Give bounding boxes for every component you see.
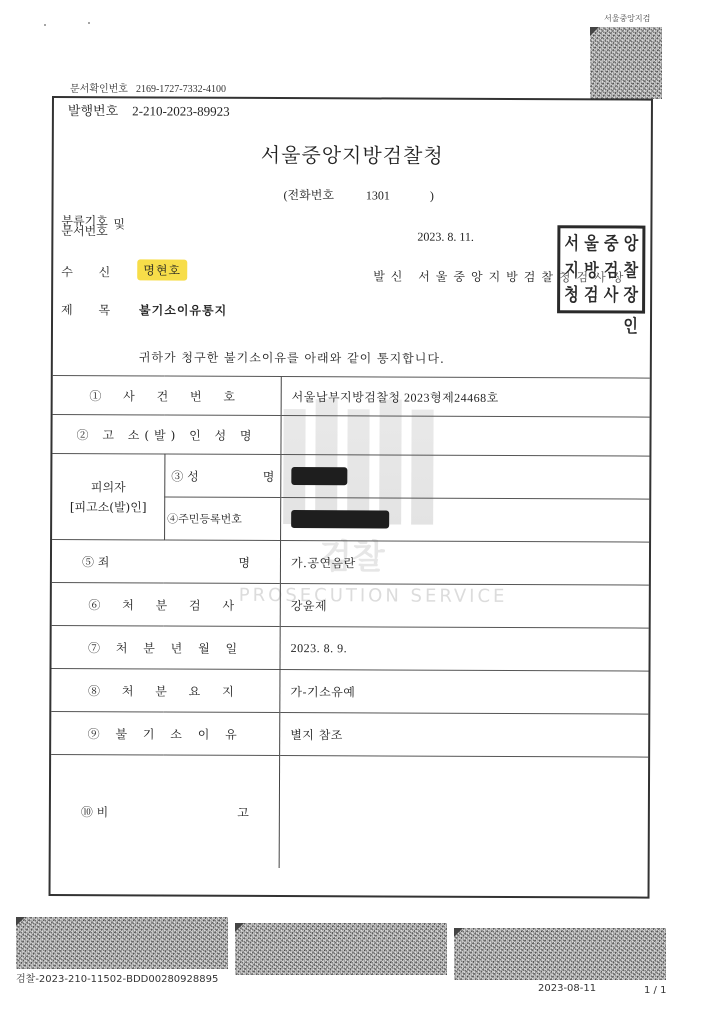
disposition-date: 2023. 8. 9. <box>280 627 649 672</box>
table-row: ② 고 소(발) 인 성 명 <box>52 415 649 457</box>
row-label: ⑦ 처 분 년 월 일 <box>52 626 281 670</box>
table-row: 피의자 [피고소(발)인] ③ 성명 <box>52 454 649 500</box>
table-row: ⑩ 비고 <box>51 755 648 870</box>
row-label: ⑨ 불 기 소 이 유 <box>51 712 280 756</box>
org-title: 서울중앙지방검찰청 <box>54 138 651 170</box>
row-label: ② 고 소(발) 인 성 명 <box>52 415 281 455</box>
document-date: 2023. 8. 11. <box>417 230 474 245</box>
recipient-name: 명현호 <box>137 259 187 280</box>
footer-2d-barcode <box>16 917 228 969</box>
subject: 불기소이유통지 <box>139 301 227 318</box>
scan-speck <box>88 22 90 24</box>
notice-table: ① 사 건 번 호 서울남부지방검찰청 2023형제24468호 ② 고 소(발… <box>51 375 650 870</box>
disposition-summary: 가-기소유예 <box>280 670 649 715</box>
suspect-name <box>281 455 650 500</box>
table-row: ⑧ 처 분 요 지 가-기소유예 <box>51 669 648 715</box>
scan-speck <box>44 24 46 26</box>
issue-number: 2-210-2023-89923 <box>132 103 230 118</box>
top-code-label: 서울중앙지검 <box>604 13 650 24</box>
doc-confirm-label: 문서확인번호 <box>70 84 128 95</box>
row-label: ⑩ 비고 <box>51 755 280 868</box>
non-indictment-reason: 별지 참조 <box>280 712 649 757</box>
charge: 가.공연음란 <box>280 541 649 586</box>
row-label: ① 사 건 번 호 <box>53 376 282 416</box>
phone-label: (전화번호 <box>284 186 334 203</box>
complainant-name <box>281 416 650 457</box>
document-frame: 검찰 PROSECUTION SERVICE 발행번호2-210-2023-89… <box>49 96 653 899</box>
issue-label: 발행번호 <box>68 103 118 118</box>
subject-label: 제 목 <box>61 301 110 318</box>
intro-sentence: 귀하가 청구한 불기소이유를 아래와 같이 통지합니다. <box>139 348 445 366</box>
official-seal-icon: 서울중앙 지방검찰 청검사장인 <box>557 225 645 313</box>
footer-2d-barcode <box>235 923 447 975</box>
footer-date: 2023-08-11 <box>538 983 596 994</box>
doc-confirm-line: 문서확인번호2169-1727-7332-4100 <box>70 80 226 95</box>
phone-number: 1301 <box>366 188 390 203</box>
remarks <box>279 755 648 869</box>
recipient-label: 수 신 <box>61 263 110 280</box>
issue-number-line: 발행번호2-210-2023-89923 <box>68 100 230 120</box>
table-row: ⑥ 처 분 검 사 강윤제 <box>52 583 649 629</box>
classification-label: 분류기호 문서번호 및 <box>61 216 107 236</box>
redaction-box <box>291 510 389 528</box>
phone-line: (전화번호1301) <box>284 186 434 204</box>
table-row: ① 사 건 번 호 서울남부지방검찰청 2023형제24468호 <box>53 376 650 418</box>
redaction-box <box>291 467 347 485</box>
row-label: ⑤ 죄명 <box>52 540 281 584</box>
doc-confirm-number: 2169-1727-7332-4100 <box>136 84 226 95</box>
barcode-label: 검찰-2023-210-11502-BDD00280928895 <box>16 970 218 985</box>
row-label: ⑧ 처 분 요 지 <box>51 669 280 713</box>
case-number: 서울남부지방검찰청 2023형제24468호 <box>281 377 650 418</box>
table-row: ⑦ 처 분 년 월 일 2023. 8. 9. <box>52 626 649 672</box>
suspect-group-label: 피의자 [피고소(발)인] <box>52 454 165 540</box>
row-label: ③ 성명 <box>165 454 281 498</box>
table-row: ⑤ 죄명 가.공연음란 <box>52 540 649 586</box>
suspect-resident-number <box>281 498 650 543</box>
top-2d-barcode <box>590 27 662 99</box>
table-row: ⑨ 불 기 소 이 유 별지 참조 <box>51 712 648 758</box>
row-label: ⑥ 처 분 검 사 <box>52 583 281 627</box>
prosecutor: 강윤제 <box>280 584 649 629</box>
footer-2d-barcode <box>454 928 666 980</box>
row-label: ④주민등록번호 <box>165 497 281 541</box>
page-indicator: 1 / 1 <box>644 985 666 996</box>
